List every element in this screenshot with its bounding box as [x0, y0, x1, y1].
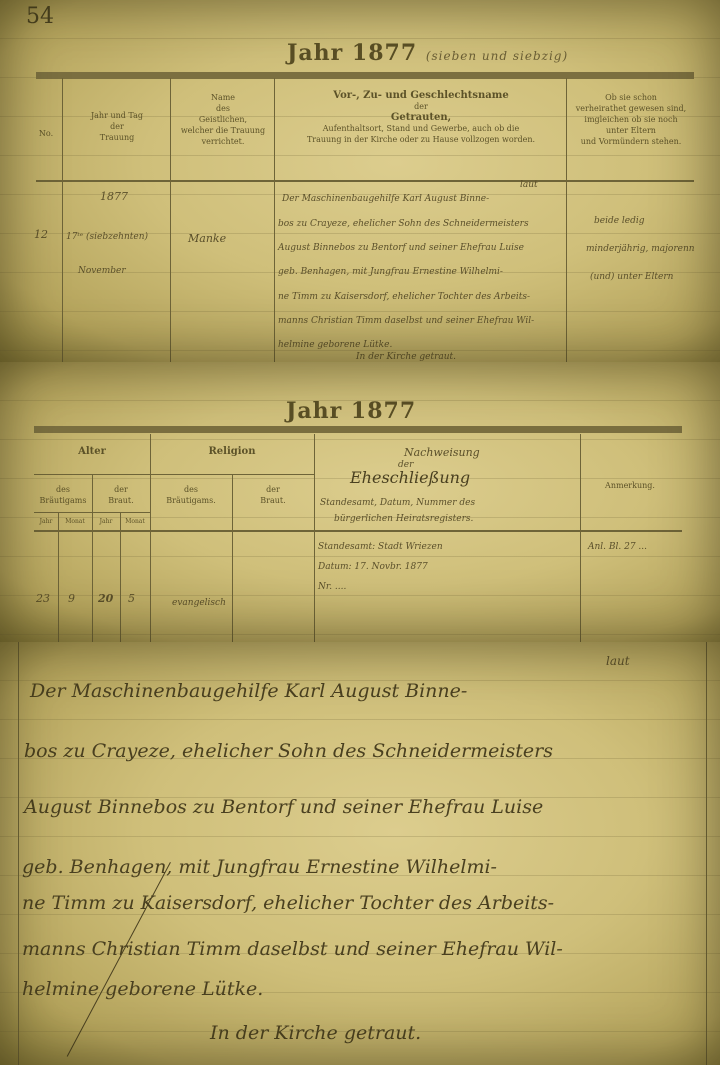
header-religion: Religion: [150, 446, 314, 457]
entry-year: 1877: [100, 190, 128, 203]
closeup-annotation: laut: [606, 654, 630, 668]
header-no: No.: [30, 128, 62, 139]
header-status: Ob sie schonverheirathet gewesen sind,im…: [568, 92, 694, 147]
year-handwritten: (sieben und siebzig): [426, 49, 568, 63]
header-age: Alter: [34, 446, 150, 457]
header-rel-groom: desBräutigams.: [150, 484, 232, 506]
register-top-panel: 54 Jahr 1877 (sieben und siebzig) No. Ja…: [0, 0, 720, 362]
entry-month: November: [78, 266, 126, 276]
year-title: Jahr 1877 (sieben und siebzig): [287, 40, 568, 66]
groom-age-months: 9: [68, 592, 75, 605]
page-number: 54: [26, 4, 54, 29]
header-rel-bride: derBraut.: [232, 484, 314, 506]
bride-age-months: 5: [128, 592, 135, 605]
groom-age-years: 23: [36, 592, 50, 605]
remarks: Anl. Bl. 27 ...: [588, 542, 647, 552]
register-closeup-panel: laut Der Maschinenbaugehilfe Karl August…: [0, 642, 720, 1065]
header-remarks: Anmerkung.: [580, 480, 680, 491]
year-title-middle: Jahr 1877: [286, 398, 416, 424]
bride-age-years: 20: [98, 592, 113, 605]
register-middle-panel: Jahr 1877 Alter Religion desBräutigams d…: [0, 362, 720, 642]
header-clergy: NamedesGeistlichen,welcher die Trauungve…: [172, 92, 274, 147]
header-rule: [36, 72, 694, 79]
header-names: Vor-, Zu- und GeschlechtsnamederGetraute…: [276, 90, 566, 145]
entry-day: 17ᵗᵉ (siebzehnten): [66, 232, 148, 242]
entry-annotation: laut: [520, 180, 538, 190]
header-age-bride: derBraut.: [92, 484, 150, 506]
entry-clergy: Manke: [188, 232, 226, 245]
entry-number: 12: [34, 228, 48, 241]
religion: evangelisch: [172, 598, 226, 608]
header-date: Jahr und TagderTrauung: [64, 110, 170, 143]
header-age-groom: desBräutigams: [34, 484, 92, 506]
